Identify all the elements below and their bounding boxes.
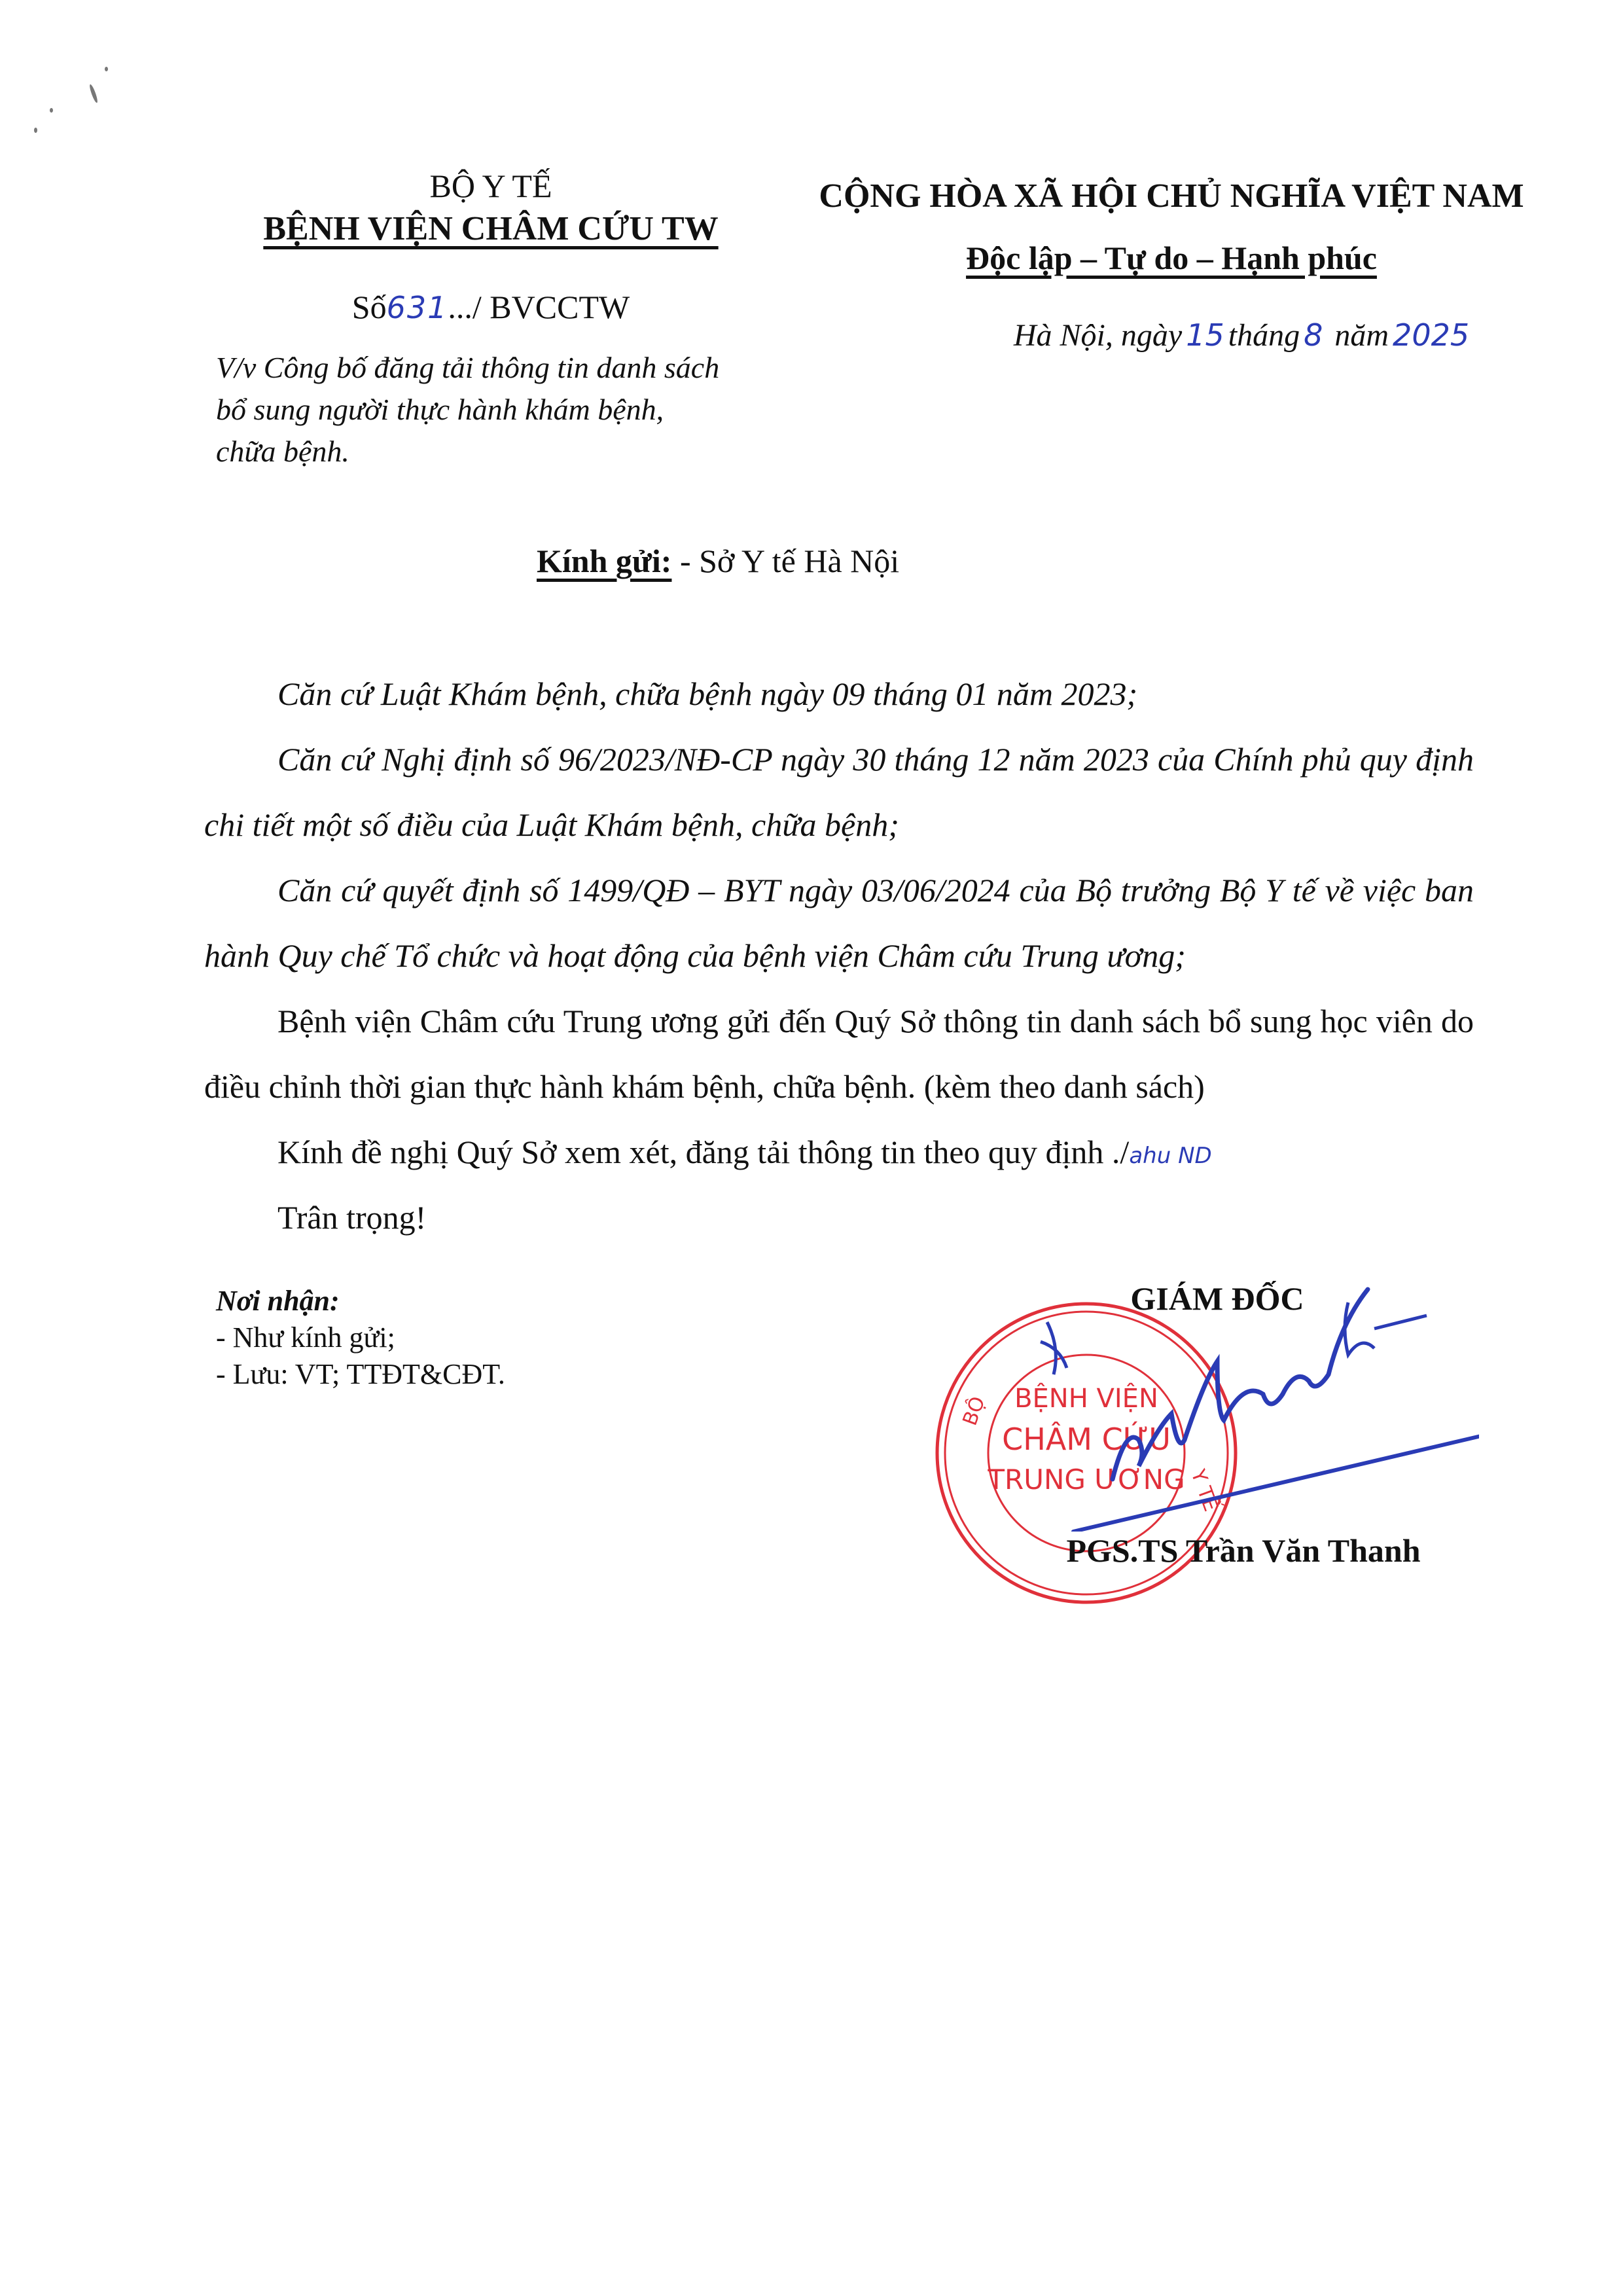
place-and-date: Hà Nội, ngày15tháng8 năm2025 [916, 317, 1571, 353]
legal-basis-3: Căn cứ quyết định số 1499/QĐ – BYT ngày … [204, 857, 1474, 988]
doc-number-dots: ... [448, 289, 473, 325]
subject-line: bổ sung người thực hành khám bệnh, [216, 389, 779, 431]
doc-number-prefix: Số [352, 289, 387, 325]
ministry-name: BỘ Y TẾ [216, 167, 766, 205]
national-motto-text: Độc lập – Tự do – Hạnh phúc [966, 240, 1377, 276]
stamp-ring-left: BỘ [957, 1393, 990, 1429]
recipient-line: Kính gửi: - Sở Y tế Hà Nội [537, 542, 1126, 580]
document-subject: V/v Công bố đăng tải thông tin danh sách… [216, 347, 779, 473]
legal-basis-2: Căn cứ Nghị định số 96/2023/NĐ-CP ngày 3… [204, 726, 1474, 857]
subject-line: V/v Công bố đăng tải thông tin danh sách [216, 347, 779, 389]
scan-speck [88, 84, 99, 103]
scan-speck [34, 128, 37, 133]
recipients-title: Nơi nhận: [216, 1283, 805, 1319]
national-motto: Độc lập – Tự do – Hạnh phúc [792, 239, 1551, 277]
recipients-item: - Như kính gửi; [216, 1319, 805, 1356]
place-label: Hà Nội, ngày [1014, 318, 1182, 353]
scan-speck [105, 67, 108, 71]
doc-number-handwritten: 631 [387, 290, 448, 325]
recipients-list: Nơi nhận: - Như kính gửi; - Lưu: VT; TTĐ… [216, 1283, 805, 1393]
date-day: 15 [1182, 317, 1228, 353]
recipients-item: - Lưu: VT; TTĐT&CĐT. [216, 1356, 805, 1393]
national-title: CỘNG HÒA XÃ HỘI CHỦ NGHĨA VIỆT NAM [792, 177, 1551, 215]
date-month: 8 [1300, 317, 1327, 353]
document-page: BỘ Y TẾ BỆNH VIỆN CHÂM CỨU TW Số631.../ … [0, 0, 1623, 2296]
subject-line: chữa bệnh. [216, 431, 779, 473]
request-text: Kính đề nghị Quý Sở xem xét, đăng tải th… [277, 1134, 1129, 1170]
handwritten-signature [1021, 1283, 1479, 1532]
doc-number-suffix: / BVCCTW [473, 289, 630, 325]
handwritten-initials: ahu ND [1129, 1143, 1211, 1169]
signer-name: PGS.TS Trần Văn Thanh [1014, 1532, 1472, 1570]
legal-basis-1: Căn cứ Luật Khám bệnh, chữa bệnh ngày 09… [204, 661, 1474, 726]
request-paragraph: Kính đề nghị Quý Sở xem xét, đăng tải th… [204, 1119, 1474, 1189]
hospital-name-text: BỆNH VIỆN CHÂM CỨU TW [263, 210, 718, 247]
document-number: Số631.../ BVCCTW [216, 288, 766, 326]
hospital-name: BỆNH VIỆN CHÂM CỨU TW [216, 209, 766, 248]
scan-speck [50, 108, 53, 113]
recipient-label: Kính gửi: [537, 543, 671, 579]
body-main-paragraph: Bệnh viện Châm cứu Trung ương gửi đến Qu… [204, 988, 1474, 1119]
year-label: năm [1334, 318, 1389, 353]
month-label: tháng [1228, 318, 1300, 353]
closing-greeting: Trân trọng! [204, 1185, 1474, 1250]
date-year: 2025 [1389, 317, 1473, 353]
recipient-value: - Sở Y tế Hà Nội [671, 543, 899, 579]
